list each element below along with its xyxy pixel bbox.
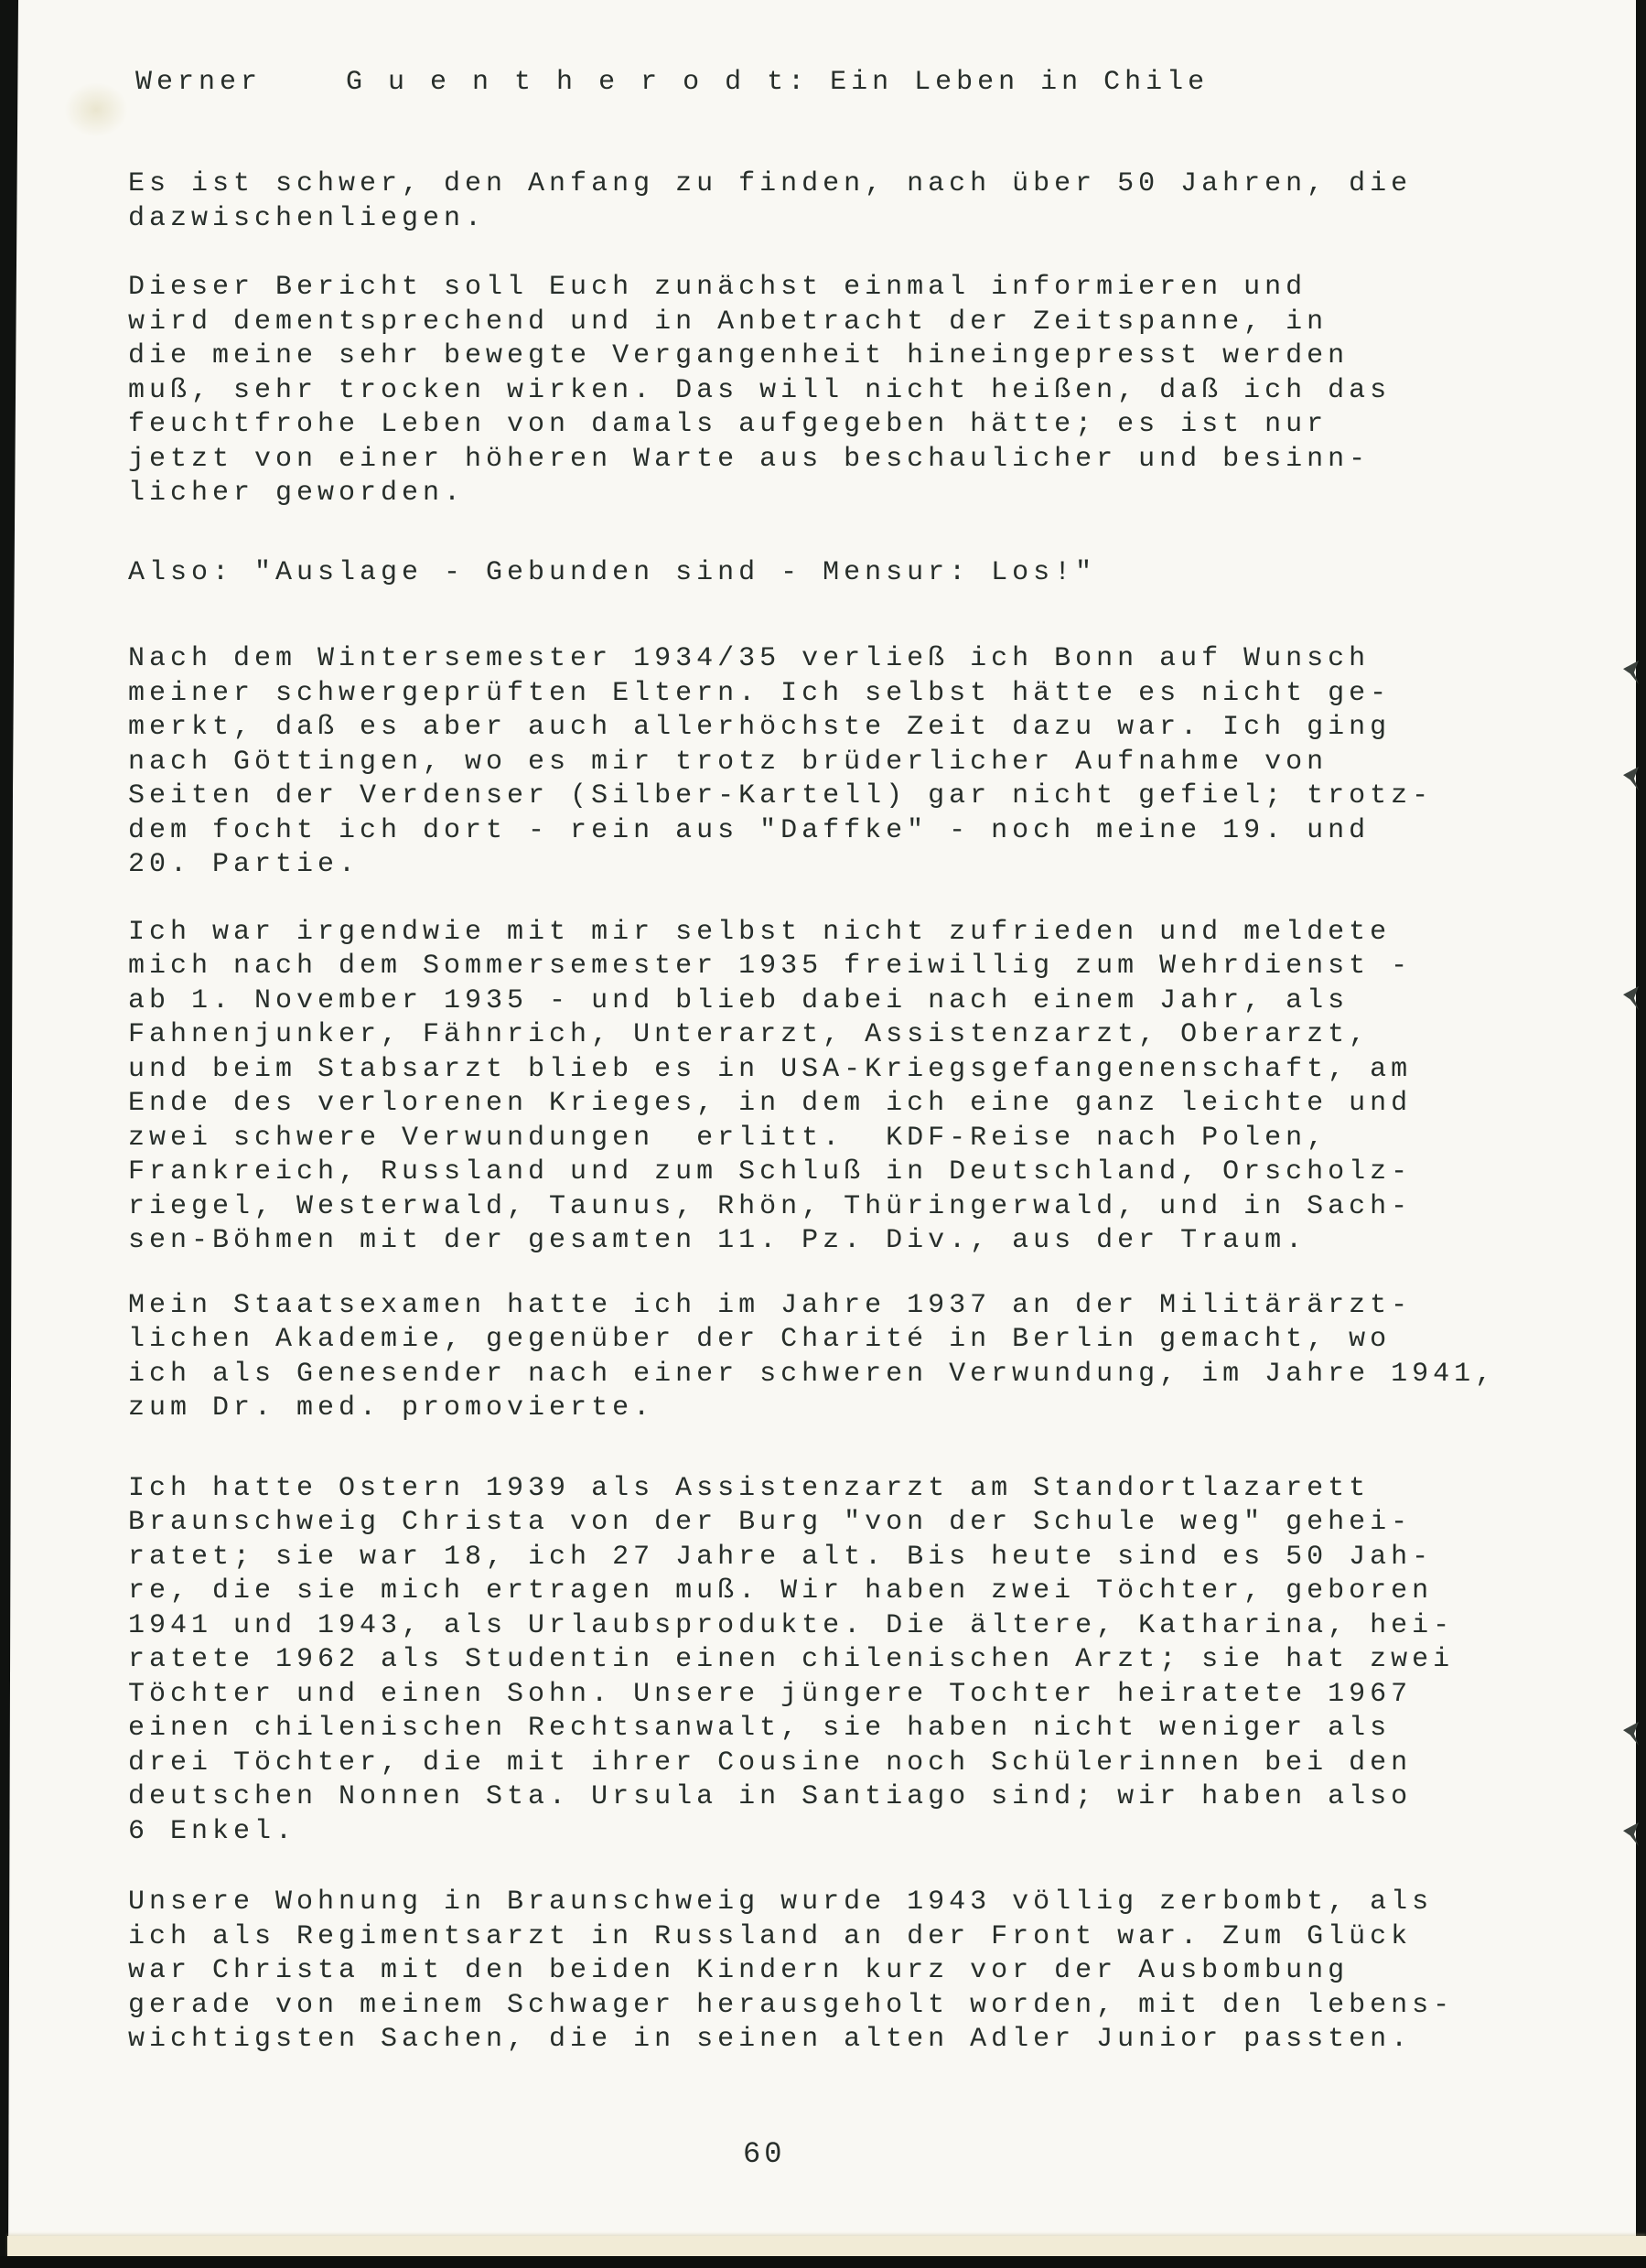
paragraph-6: Mein Staatsexamen hatte ich im Jahre 193… bbox=[128, 1289, 1574, 1426]
paper-stain bbox=[64, 82, 128, 137]
scan-edge-right bbox=[1636, 0, 1646, 2268]
paragraph-3: Also: "Auslage - Gebunden sind - Mensur:… bbox=[128, 556, 1574, 591]
scan-edge-left bbox=[0, 0, 20, 2268]
scan-edge-bottom bbox=[0, 2256, 1646, 2268]
paragraph-2: Dieser Bericht soll Euch zunächst einmal… bbox=[128, 271, 1574, 511]
paragraph-7: Ich hatte Ostern 1939 als Assistenzarzt … bbox=[128, 1472, 1574, 1850]
paragraph-1: Es ist schwer, den Anfang zu finden, nac… bbox=[128, 167, 1574, 236]
text-column: Es ist schwer, den Anfang zu finden, nac… bbox=[128, 167, 1574, 2058]
document-title: Werner G u e n t h e r o d t: Ein Leben … bbox=[135, 66, 1209, 101]
page-number: 60 bbox=[743, 2137, 785, 2171]
paragraph-4: Nach dem Wintersemester 1934/35 verließ … bbox=[128, 642, 1574, 883]
scan-bottom-page-edge bbox=[7, 2236, 1646, 2258]
paragraph-8: Unsere Wohnung in Braunschweig wurde 194… bbox=[128, 1886, 1574, 2058]
scanned-page: Werner G u e n t h e r o d t: Ein Leben … bbox=[0, 0, 1646, 2268]
paragraph-5: Ich war irgendwie mit mir selbst nicht z… bbox=[128, 916, 1574, 1259]
